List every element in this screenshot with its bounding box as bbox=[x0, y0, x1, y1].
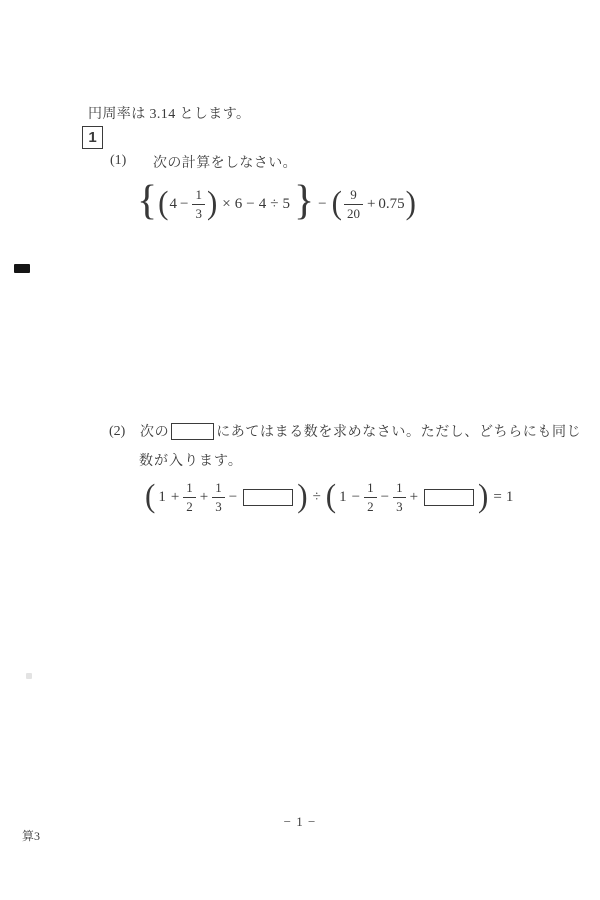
open-paren: ( bbox=[145, 481, 155, 513]
open-paren: ( bbox=[326, 481, 336, 513]
fraction-1-2: 1 2 bbox=[183, 481, 196, 513]
divide-operator: ÷ bbox=[313, 490, 321, 505]
fraction-9-20: 9 20 bbox=[344, 188, 363, 220]
fraction-numerator: 1 bbox=[183, 481, 196, 497]
fraction-numerator: 1 bbox=[212, 481, 225, 497]
fraction-denominator: 3 bbox=[212, 497, 225, 514]
q2-prompt-line2: 数が入ります。 bbox=[139, 450, 243, 470]
header-note: 円周率は 3.14 とします。 bbox=[88, 103, 250, 123]
close-brace: } bbox=[294, 183, 314, 225]
fraction-1-3: 1 3 bbox=[212, 481, 225, 513]
number: 4 bbox=[170, 197, 178, 212]
fraction-1-3: 1 3 bbox=[192, 188, 205, 220]
plus-operator: + bbox=[367, 197, 375, 212]
minus-operator: − bbox=[381, 490, 389, 505]
number: 6 bbox=[235, 197, 243, 212]
scan-registration-mark bbox=[14, 264, 30, 273]
open-brace: { bbox=[137, 183, 157, 225]
minus-operator: − bbox=[352, 490, 360, 505]
exam-paper-page: 円周率は 3.14 とします。 1 (1) 次の計算をしなさい。 { ( 4 −… bbox=[0, 0, 600, 900]
fraction-1-2: 1 2 bbox=[364, 481, 377, 513]
fraction-denominator: 2 bbox=[183, 497, 196, 514]
number: 0.75 bbox=[378, 197, 404, 212]
fraction-1-3: 1 3 bbox=[393, 481, 406, 513]
q1-label: (1) bbox=[110, 153, 126, 169]
fraction-numerator: 1 bbox=[192, 188, 205, 204]
fraction-numerator: 1 bbox=[364, 481, 377, 497]
math-expression-2: ( 1 + 1 2 + 1 3 − ) ÷ ( 1 − 1 2 − 1 3 + … bbox=[144, 477, 513, 517]
fraction-denominator: 2 bbox=[364, 497, 377, 514]
plus-operator: + bbox=[200, 490, 208, 505]
fraction-denominator: 20 bbox=[344, 204, 363, 221]
answer-blank-box bbox=[424, 489, 474, 506]
q1-prompt: 次の計算をしなさい。 bbox=[153, 152, 297, 172]
minus-operator: − bbox=[229, 490, 237, 505]
q2-prompt: 次の にあてはまる数を求めなさい。ただし、どちらにも同じ bbox=[140, 421, 581, 441]
plus-operator: + bbox=[410, 490, 418, 505]
times-operator: × bbox=[222, 197, 230, 212]
scan-artifact-mark bbox=[26, 673, 32, 679]
q2-prompt-suffix: にあてはまる数を求めなさい。ただし、どちらにも同じ bbox=[216, 421, 581, 441]
minus-operator: − bbox=[318, 197, 326, 212]
answer-blank-box bbox=[171, 423, 214, 440]
fraction-denominator: 3 bbox=[192, 204, 205, 221]
q2-label: (2) bbox=[109, 424, 125, 440]
divide-operator: ÷ bbox=[270, 197, 278, 212]
close-paren: ) bbox=[478, 481, 488, 513]
minus-operator: − bbox=[180, 197, 188, 212]
number: 4 bbox=[259, 197, 267, 212]
math-expression-1: { ( 4 − 1 3 ) × 6 − 4 ÷ 5 } − ( 9 20 + 0… bbox=[137, 182, 417, 226]
number: 1 bbox=[158, 490, 166, 505]
q2-prompt-prefix: 次の bbox=[140, 421, 169, 441]
equals-sign: = bbox=[493, 490, 501, 505]
open-paren: ( bbox=[332, 188, 342, 220]
result-number: 1 bbox=[506, 490, 514, 505]
open-paren: ( bbox=[158, 188, 168, 220]
answer-blank-box bbox=[243, 489, 293, 506]
close-paren: ) bbox=[406, 188, 416, 220]
close-paren: ) bbox=[207, 188, 217, 220]
page-number: − 1 − bbox=[0, 814, 600, 830]
fraction-denominator: 3 bbox=[393, 497, 406, 514]
problem-number-box: 1 bbox=[82, 126, 103, 149]
minus-operator: − bbox=[246, 197, 254, 212]
number: 5 bbox=[282, 197, 290, 212]
number: 1 bbox=[339, 490, 347, 505]
fraction-numerator: 1 bbox=[393, 481, 406, 497]
footer-label: 算3 bbox=[22, 827, 40, 844]
plus-operator: + bbox=[171, 490, 179, 505]
fraction-numerator: 9 bbox=[347, 188, 360, 204]
close-paren: ) bbox=[297, 481, 307, 513]
